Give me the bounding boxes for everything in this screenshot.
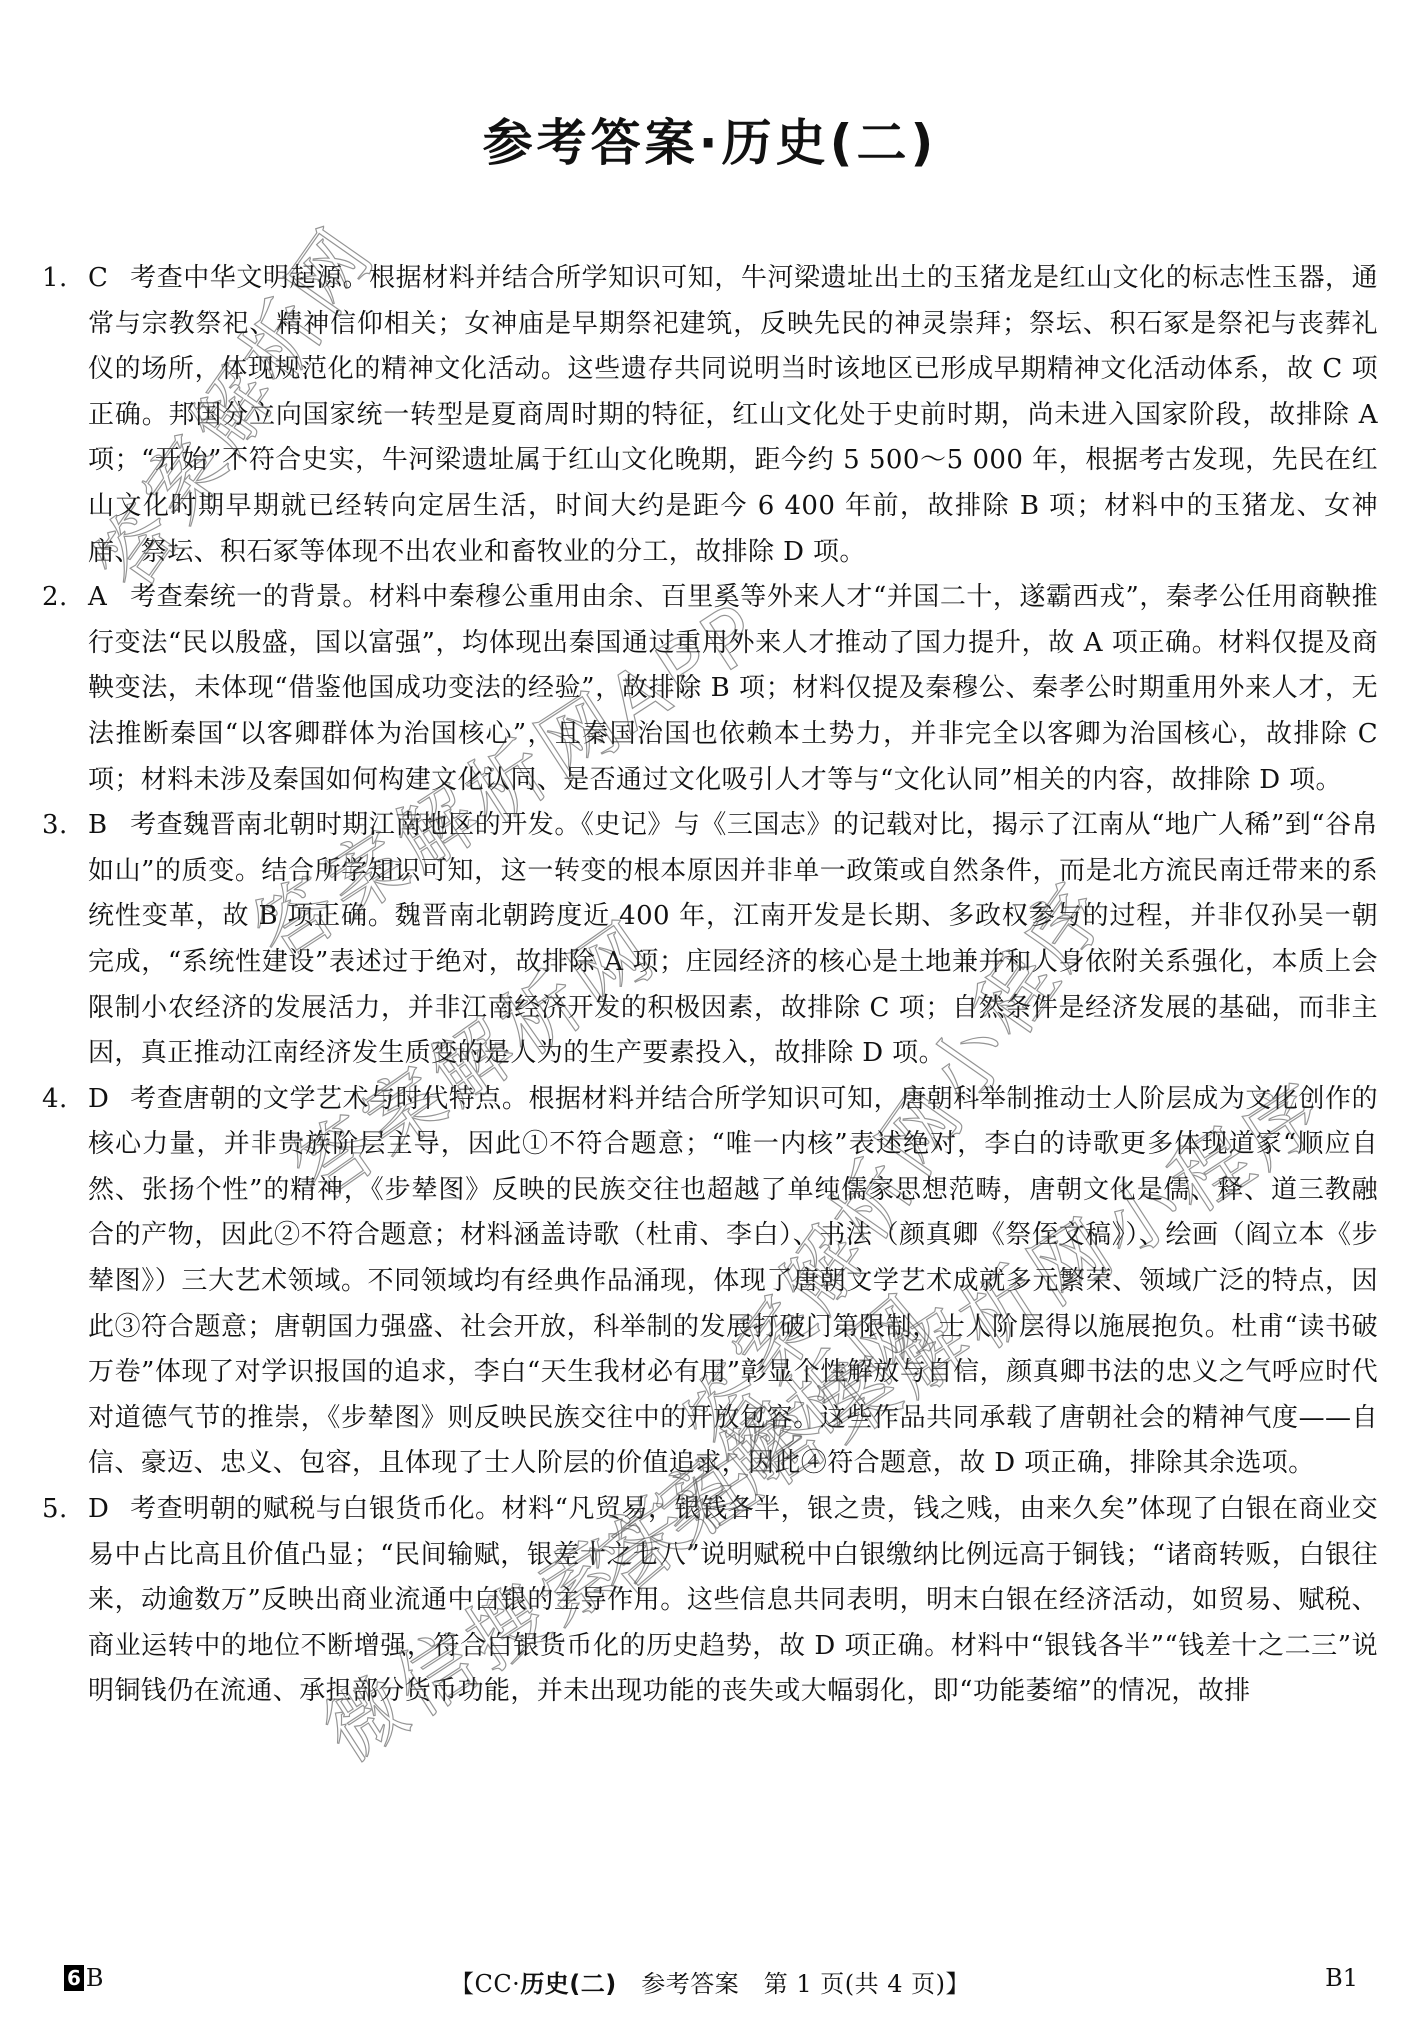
answer-explanation: 考查唐朝的文学艺术与时代特点。根据材料并结合所学知识可知，唐朝科举制推动士人阶层…	[88, 1084, 1378, 1479]
footer-open-bracket: 【CC·	[450, 1970, 520, 1998]
answer-explanation: 考查秦统一的背景。材料中秦穆公重用由余、百里奚等外来人才“并国二十，遂霸西戎”，…	[88, 582, 1378, 794]
answer-explanation: 考查明朝的赋税与白银货币化。材料“凡贸易，银钱各半，银之贵，钱之贱，由来久矣”体…	[88, 1494, 1378, 1706]
footer-code-right: B1	[1325, 1964, 1358, 1992]
footer-page-text: 参考答案 第 1 页(共 4 页)】	[617, 1970, 970, 1998]
answer-item-5: 5.D考查明朝的赋税与白银货币化。材料“凡贸易，银钱各半，银之贵，钱之贱，由来久…	[42, 1487, 1378, 1715]
answer-item-3: 3.B考查魏晋南北朝时期江南地区的开发。《史记》与《三国志》的记载对比，揭示了江…	[42, 803, 1378, 1077]
answer-list: 1.C考查中华文明起源。根据材料并结合所学知识可知，牛河梁遗址出土的玉猪龙是红山…	[42, 256, 1378, 1715]
answer-letter: A	[88, 575, 130, 621]
answer-letter: D	[88, 1487, 130, 1533]
footer-subject: 历史(二)	[520, 1970, 616, 1998]
page-footer: 6 B 【CC·历史(二) 参考答案 第 1 页(共 4 页)】 B1	[0, 1964, 1420, 2000]
answer-letter: C	[88, 256, 130, 302]
answer-number: 3.	[42, 803, 88, 849]
answer-item-2: 2.A考查秦统一的背景。材料中秦穆公重用由余、百里奚等外来人才“并国二十，遂霸西…	[42, 575, 1378, 803]
answer-letter: B	[88, 803, 130, 849]
answer-number: 2.	[42, 575, 88, 621]
answer-explanation: 考查魏晋南北朝时期江南地区的开发。《史记》与《三国志》的记载对比，揭示了江南从“…	[88, 810, 1378, 1068]
answer-number: 5.	[42, 1487, 88, 1533]
page-title: 参考答案·历史(二)	[0, 108, 1420, 178]
footer-page-info: 【CC·历史(二) 参考答案 第 1 页(共 4 页)】	[0, 1964, 1420, 1999]
answer-letter: D	[88, 1077, 130, 1123]
answer-number: 4.	[42, 1077, 88, 1123]
answer-number: 1.	[42, 256, 88, 302]
answer-item-1: 1.C考查中华文明起源。根据材料并结合所学知识可知，牛河梁遗址出土的玉猪龙是红山…	[42, 256, 1378, 575]
answer-explanation: 考查中华文明起源。根据材料并结合所学知识可知，牛河梁遗址出土的玉猪龙是红山文化的…	[88, 263, 1378, 567]
answer-item-4: 4.D考查唐朝的文学艺术与时代特点。根据材料并结合所学知识可知，唐朝科举制推动士…	[42, 1077, 1378, 1487]
